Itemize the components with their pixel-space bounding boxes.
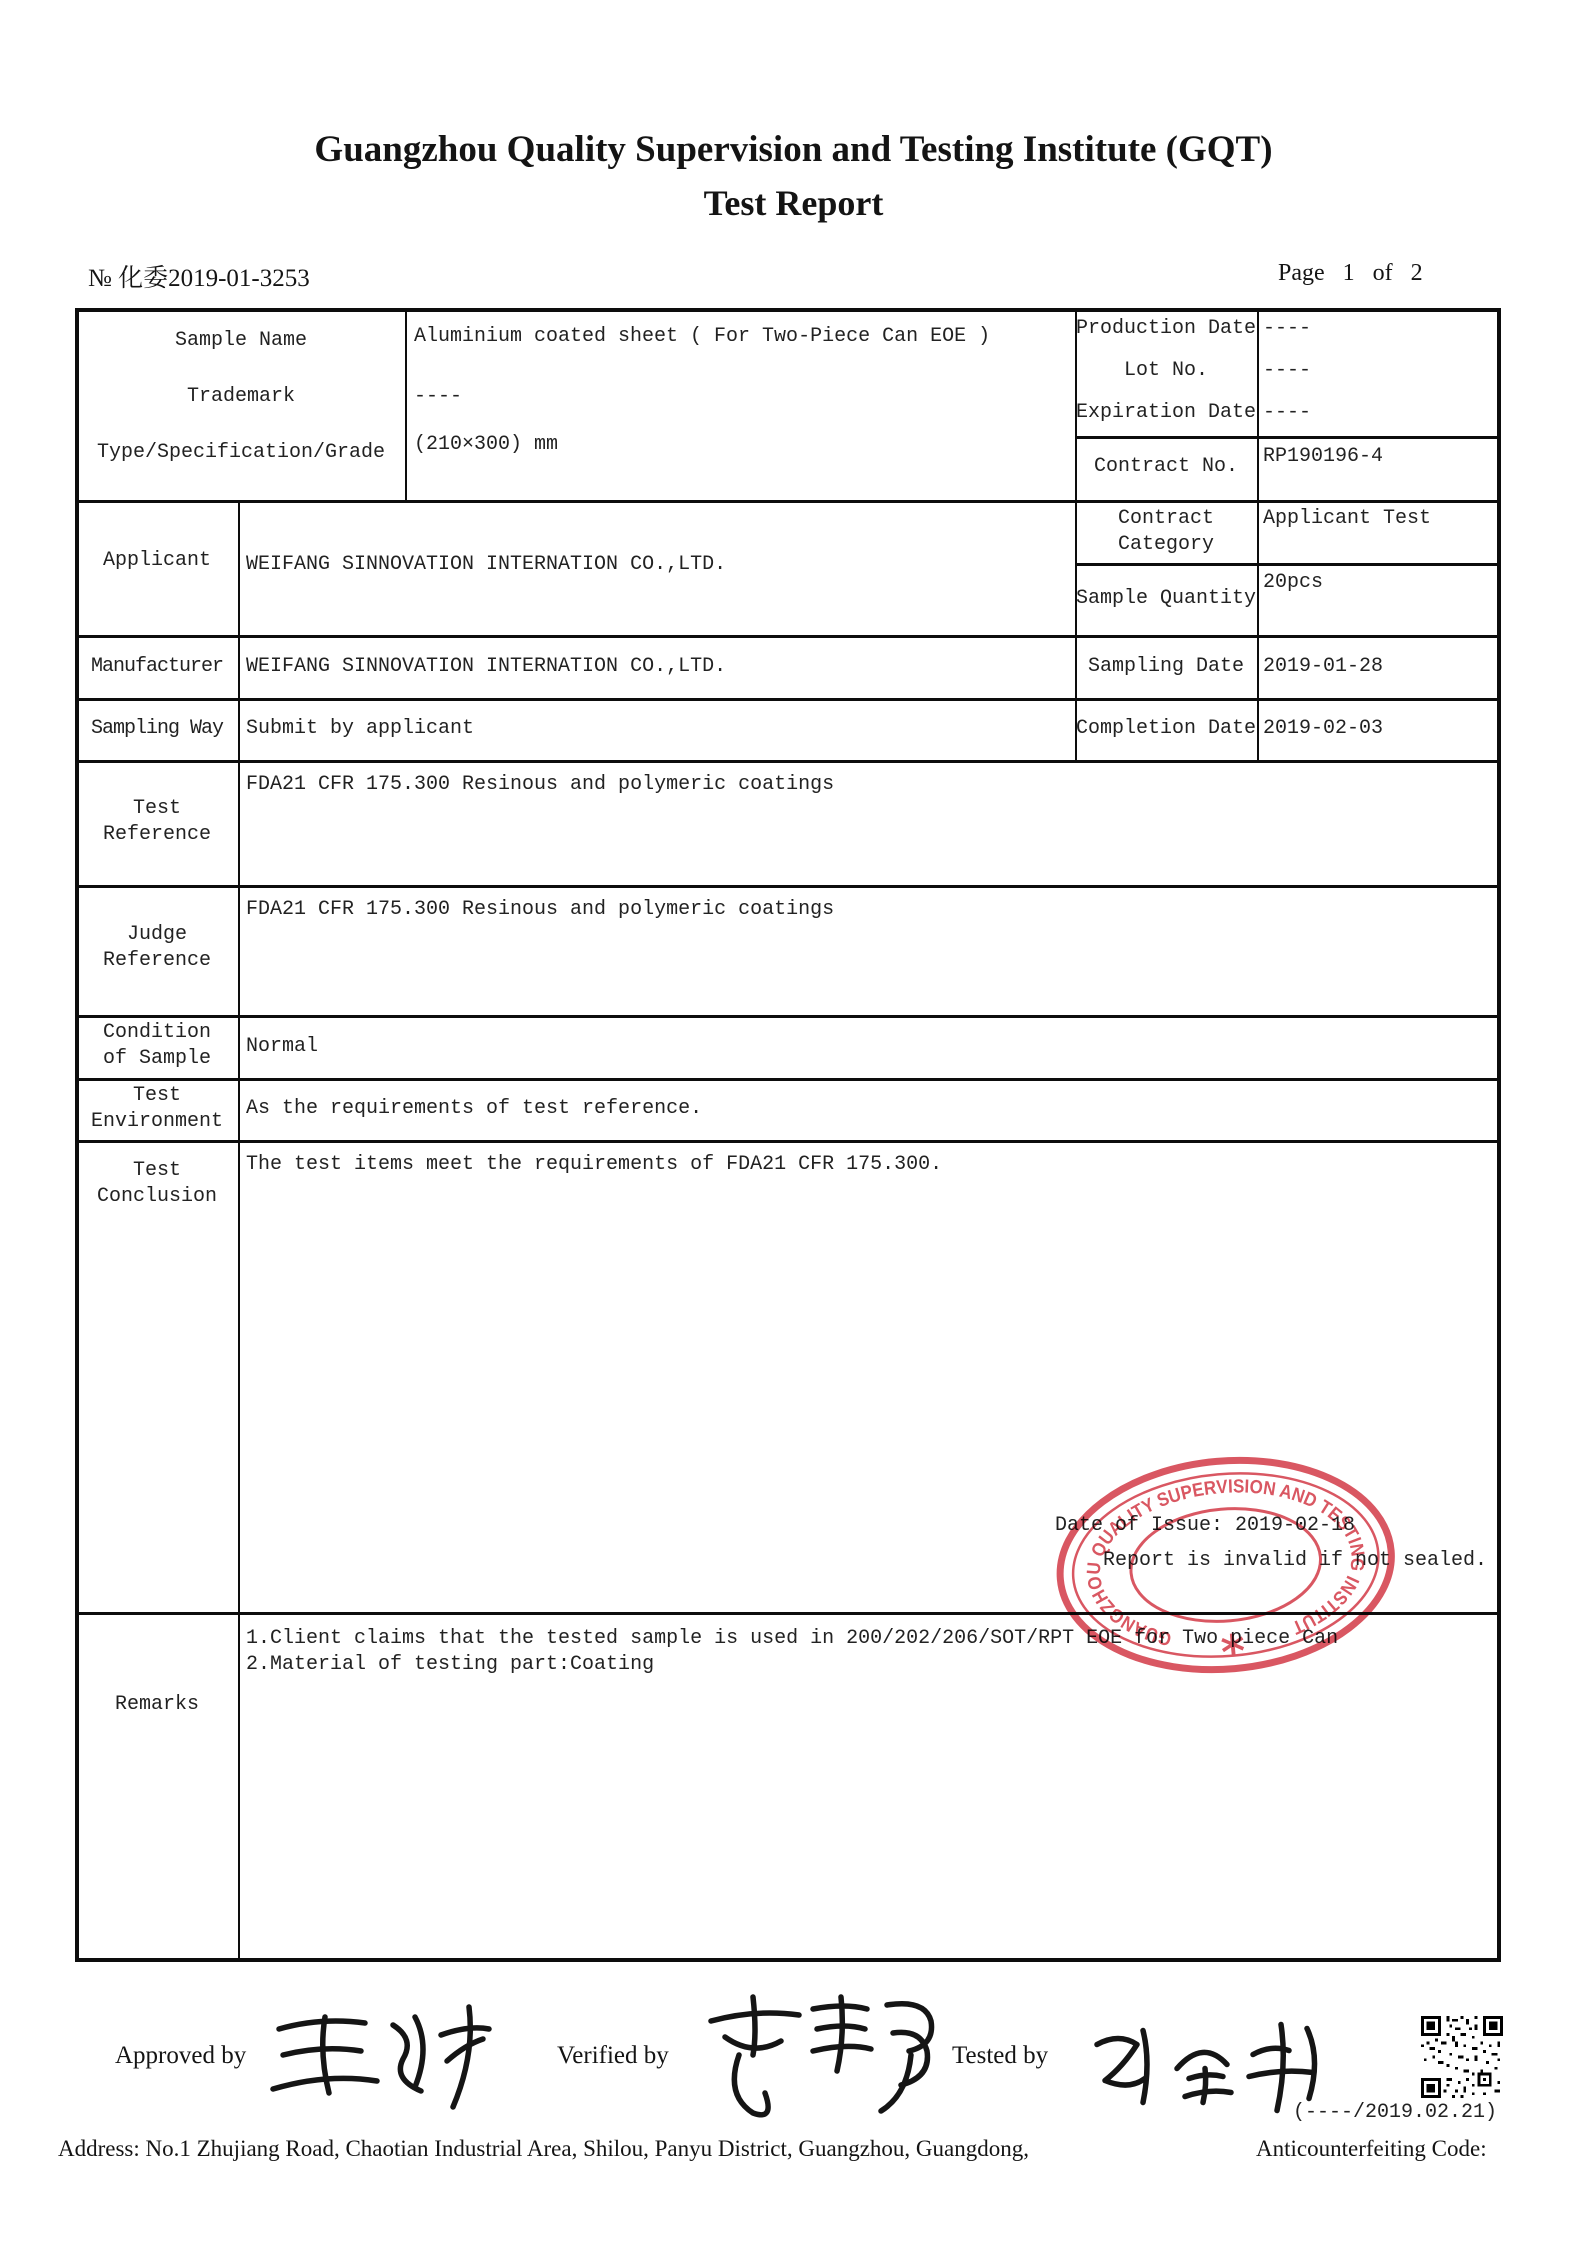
manufacturer-label: Manufacturer <box>77 654 237 680</box>
test-environment-label-line1: Test <box>77 1083 237 1109</box>
judge-reference-label-line2: Reference <box>77 948 237 974</box>
grid-line <box>75 308 1500 312</box>
seal-ring-text: GUANGZHOU QUALITY SUPERVISION AND TESTIN… <box>1041 1437 1375 1659</box>
trademark-label: Trademark <box>77 384 405 410</box>
report-date-note: (----/2019.02.21) <box>1293 2100 1497 2126</box>
page-subtitle: Test Report <box>0 182 1587 224</box>
test-conclusion-label-line2: Conclusion <box>77 1184 237 1210</box>
grid-line <box>75 635 1500 638</box>
address-line: Address: No.1 Zhujiang Road, Chaotian In… <box>58 2136 1029 2162</box>
grid-line <box>75 1078 1500 1081</box>
judge-reference-label: Judge Reference <box>77 922 237 974</box>
grid-line <box>75 760 1500 763</box>
condition-label-line1: Condition <box>77 1020 237 1046</box>
production-date-label: Production Date <box>1075 316 1257 342</box>
test-environment-label: Test Environment <box>77 1083 237 1135</box>
type-spec-grade-label: Type/Specification/Grade <box>77 440 405 466</box>
grid-line <box>1257 308 1259 760</box>
test-reference-label-line2: Reference <box>77 822 237 848</box>
sample-name-label: Sample Name <box>77 328 405 354</box>
test-reference-label-line1: Test <box>77 796 237 822</box>
judge-reference-label-line1: Judge <box>77 922 237 948</box>
grid-line <box>75 1140 1500 1143</box>
seal-ring-textpath: GUANGZHOU QUALITY SUPERVISION AND TESTIN… <box>1041 1437 1375 1659</box>
contract-no-label: Contract No. <box>1075 454 1257 480</box>
completion-date-label: Completion Date <box>1075 716 1257 742</box>
grid-line <box>1497 308 1501 1962</box>
test-report-page: Guangzhou Quality Supervision and Testin… <box>0 0 1587 2245</box>
anticounterfeit-qr-code <box>1418 2016 1506 2098</box>
condition-label-line2: of Sample <box>77 1046 237 1072</box>
sampling-date-label: Sampling Date <box>1075 654 1257 680</box>
grid-line <box>75 885 1500 888</box>
test-reference-value: FDA21 CFR 175.300 Resinous and polymeric… <box>246 772 1486 798</box>
report-number: № 化委2019-01-3253 <box>88 258 310 294</box>
completion-date-value: 2019-02-03 <box>1263 716 1383 742</box>
grid-line <box>1075 563 1500 566</box>
sample-name-value: Aluminium coated sheet ( For Two-Piece C… <box>414 324 1064 350</box>
page-title: Guangzhou Quality Supervision and Testin… <box>0 128 1587 171</box>
expiration-date-label: Expiration Date <box>1075 400 1257 426</box>
contract-no-value: RP190196-4 <box>1263 444 1383 470</box>
contract-category-label-line2: Category <box>1075 532 1257 558</box>
institute-seal-stamp: GUANGZHOU QUALITY SUPERVISION AND TESTIN… <box>1041 1437 1412 1699</box>
test-conclusion-value: The test items meet the requirements of … <box>246 1152 1486 1178</box>
seal-stamp-graphic: GUANGZHOU QUALITY SUPERVISION AND TESTIN… <box>1041 1437 1412 1699</box>
remarks-label: Remarks <box>77 1692 237 1718</box>
signature-approved <box>265 1995 495 2115</box>
condition-of-sample-value: Normal <box>246 1034 1486 1060</box>
lot-no-label: Lot No. <box>1075 358 1257 384</box>
judge-reference-value: FDA21 CFR 175.300 Resinous and polymeric… <box>246 897 1486 923</box>
qr-finder-top-left <box>1421 2016 1441 2036</box>
test-environment-value: As the requirements of test reference. <box>246 1096 1486 1122</box>
sampling-date-value: 2019-01-28 <box>1263 654 1383 680</box>
production-date-value: ---- <box>1263 316 1311 342</box>
type-spec-grade-value: (210×300) mm <box>414 432 1064 458</box>
manufacturer-value: WEIFANG SINNOVATION INTERNATION CO.,LTD. <box>246 654 1066 680</box>
condition-of-sample-label: Condition of Sample <box>77 1020 237 1072</box>
approved-by-label: Approved by <box>115 2042 246 2070</box>
trademark-value: ---- <box>414 384 1064 410</box>
contract-category-value: Applicant Test <box>1263 506 1431 532</box>
sample-quantity-label: Sample Quantity <box>1075 586 1257 612</box>
verified-by-label: Verified by <box>557 2042 669 2070</box>
contract-category-label: Contract Category <box>1075 506 1257 558</box>
applicant-label: Applicant <box>77 548 237 574</box>
tested-by-label: Tested by <box>952 2042 1048 2070</box>
grid-line <box>75 1015 1500 1018</box>
grid-line <box>1075 436 1500 439</box>
seal-inner-ring <box>1126 1501 1325 1629</box>
test-conclusion-label: Test Conclusion <box>77 1158 237 1210</box>
test-reference-label: Test Reference <box>77 796 237 848</box>
lot-no-value: ---- <box>1263 358 1311 384</box>
applicant-value: WEIFANG SINNOVATION INTERNATION CO.,LTD. <box>246 552 1066 578</box>
sampling-way-value: Submit by applicant <box>246 716 1066 742</box>
grid-line <box>405 308 407 500</box>
contract-category-label-line1: Contract <box>1075 506 1257 532</box>
grid-line <box>238 500 240 1962</box>
test-conclusion-label-line1: Test <box>77 1158 237 1184</box>
seal-asterisk: * <box>1219 1624 1248 1680</box>
page-indicator: Page 1 of 2 <box>1278 260 1423 287</box>
signature-verified <box>695 1985 940 2130</box>
expiration-date-value: ---- <box>1263 400 1311 426</box>
qr-finder-top-right <box>1483 2016 1503 2036</box>
test-environment-label-line2: Environment <box>77 1109 237 1135</box>
sample-quantity-value: 20pcs <box>1263 570 1323 596</box>
sampling-way-label: Sampling Way <box>77 716 237 742</box>
grid-line <box>75 1958 1500 1962</box>
qr-finder-bottom-left <box>1421 2078 1441 2098</box>
grid-line <box>75 698 1500 701</box>
anticounterfeiting-label: Anticounterfeiting Code: <box>1256 2136 1487 2162</box>
grid-line <box>75 500 1500 503</box>
